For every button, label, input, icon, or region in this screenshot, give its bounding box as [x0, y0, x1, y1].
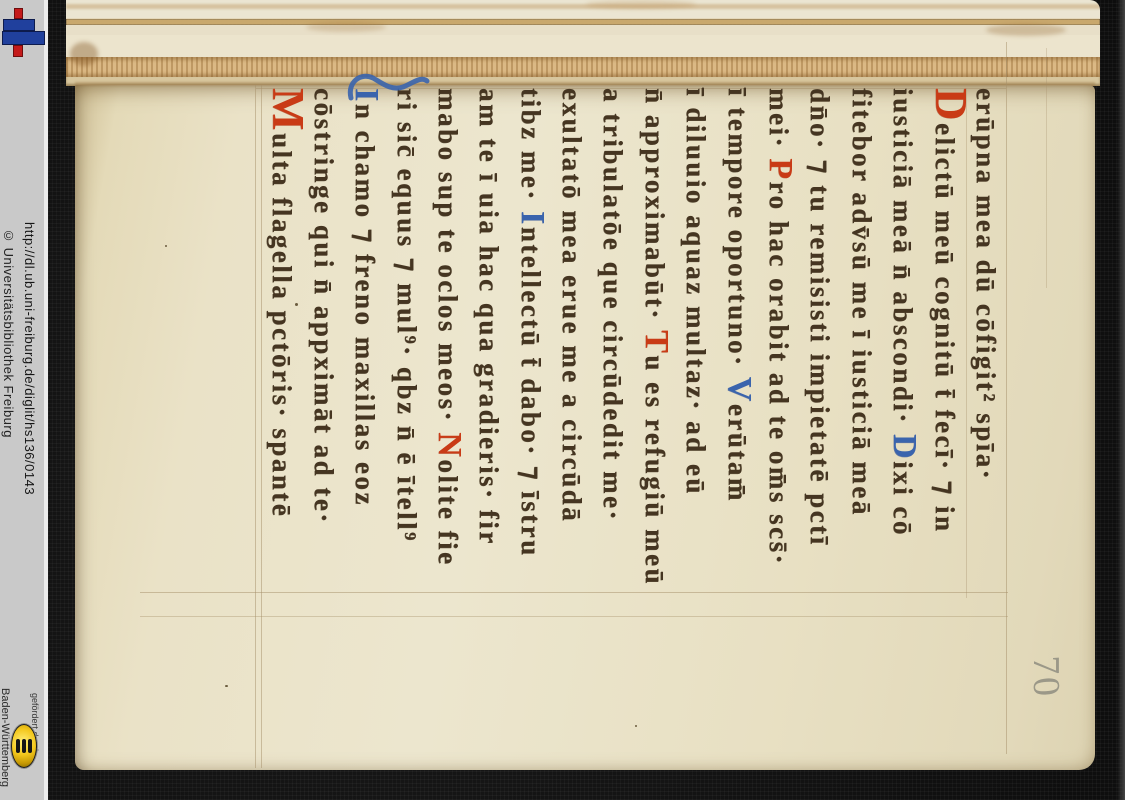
line-text: ī diluuio aquaz multaz· ad eū	[681, 88, 711, 496]
illuminated-initial: D	[886, 434, 923, 461]
text-block: erūpna mea dū cōfigit² spīa·Delictū meū …	[261, 88, 1006, 604]
source-sidebar: http://dl.ub.uni-freiburg.de/diglit/hs13…	[0, 0, 48, 800]
manuscript-line: erūpna mea dū cōfigit² spīa·	[965, 88, 1006, 604]
photo-right-edge	[1117, 0, 1125, 800]
line-text: erūtam̄	[723, 404, 753, 503]
manuscript-line: ī diluuio aquaz multaz· ad eū	[675, 88, 716, 604]
line-text: a tribulatōe que circūdedit me·	[598, 88, 628, 522]
manuscript-line: mabo sup te oclos meos· Nolite fie	[427, 88, 468, 604]
sidebar-edge	[44, 0, 48, 800]
manuscript-line: am te ī uia hac qua gradieris· fir	[468, 88, 509, 604]
manuscript-line: cōstringe qui n̄ appximāt ad te·	[302, 88, 343, 604]
emblem-lion	[22, 739, 26, 753]
manuscript-line: iusticiā meā n̄ abscondi· Dixi cō	[882, 88, 923, 604]
line-text: cōstringe qui n̄ appximāt ad te·	[309, 88, 339, 525]
initial-pen-flourish-icon	[345, 68, 431, 104]
diglit-viewer-screenshot: erūpna mea dū cōfigit² spīa·Delictū meū …	[0, 0, 1125, 800]
parchment-stain	[986, 24, 1066, 36]
parchment-speck	[225, 685, 228, 687]
parchment-stain	[70, 42, 98, 66]
parchment-speck	[165, 245, 167, 247]
parchment-speck	[635, 725, 637, 727]
page-stack-streak	[66, 4, 1100, 9]
line-text: exultatō mea erue me a circūdā	[557, 88, 587, 523]
manuscript-line: Delictū meū cognitū t̄ fecī· ⁊ in	[923, 88, 964, 604]
parchment-stain	[586, 0, 696, 9]
logo-red-square	[13, 45, 23, 57]
line-text: n̄ approximabūt·	[640, 88, 670, 330]
emblem-lion	[28, 739, 32, 753]
manuscript-line: exultatō mea erue me a circūdā	[551, 88, 592, 604]
manuscript-line: dn̄o· ⁊ tu remisisti impietatē pctī	[799, 88, 840, 604]
page-stack-band	[66, 25, 1100, 35]
logo-blue-bar	[2, 31, 45, 45]
source-url-text: http://dl.ub.uni-freiburg.de/diglit/hs13…	[22, 222, 37, 495]
emblem-lion	[16, 739, 20, 753]
illuminated-initial: P	[762, 158, 799, 181]
page-stack-band	[66, 0, 1100, 19]
manuscript-line: n̄ approximabūt· Tu es refugiū meū	[633, 88, 674, 604]
line-text: u es refugiū meū	[640, 355, 670, 586]
line-text: ro hac orabit ad te om̄s scs̄·	[764, 182, 794, 566]
gutter-fold-line	[75, 82, 1095, 86]
manuscript-line: ri sic̄ equus ⁊ mul⁹· qbz n̄ ē ītell⁹	[385, 88, 426, 604]
manuscript-line: ī tempore oportuno· Verūtam̄	[716, 88, 757, 604]
line-text: elictū meū cognitū t̄ fecī· ⁊ in	[930, 123, 960, 533]
page-stack-edges	[66, 0, 1100, 86]
illuminated-initial: T	[638, 330, 675, 355]
line-text: ī tempore oportuno·	[723, 88, 753, 377]
ruling-line-vertical	[1006, 42, 1007, 754]
line-text: ri sic̄ equus ⁊ mul⁹· qbz n̄ ē ītell⁹	[392, 88, 422, 543]
manuscript-line: fitebor adv̄sū me ī iusticiā meā	[840, 88, 881, 604]
line-text: ntellectū t̄ dabo· ⁊ īstru	[516, 227, 546, 558]
illuminated-initial: V	[721, 377, 758, 404]
manuscript-line: a tribulatōe que circūdedit me·	[592, 88, 633, 604]
ruling-line-vertical	[1046, 48, 1047, 288]
manuscript-line: Multa flagella pctōris· spantē	[261, 88, 302, 604]
baden-wuerttemberg-emblem-icon	[11, 724, 37, 768]
manuscript-line: tibz me· Intellectū t̄ dabo· ⁊ īstru	[509, 88, 550, 604]
line-text: mabo sup te oclos meos·	[433, 88, 463, 432]
line-text: ulta flagella pctōris· spantē	[267, 133, 297, 518]
line-text: fitebor adv̄sū me ī iusticiā meā	[847, 88, 877, 517]
manuscript-line: mei· Pro hac orabit ad te om̄s scs̄·	[758, 88, 799, 604]
ruling-line-vertical	[255, 85, 256, 768]
line-text: tibz me·	[516, 88, 546, 211]
funding-region-text: Baden-Württemberg	[0, 688, 11, 787]
illuminated-initial: I	[514, 211, 551, 227]
line-text: dn̄o· ⁊ tu remisisti impietatē pctī	[805, 88, 835, 547]
line-text: n chamo ⁊ freno maxillas eoz	[350, 104, 380, 507]
line-text: mei·	[764, 88, 794, 158]
illuminated-initial: D	[926, 88, 976, 123]
ub-freiburg-logo-icon	[0, 0, 48, 60]
copyright-text: © Universitätsbibliothek Freiburg	[1, 228, 16, 438]
line-text: am te ī uia hac qua gradieris· fir	[474, 88, 504, 546]
line-text: iusticiā meā n̄ abscondi·	[888, 88, 918, 434]
line-text: olite fie	[433, 459, 463, 566]
leaf-edges-band	[66, 57, 1100, 77]
folio-number: 70	[1024, 654, 1068, 699]
logo-blue-bar	[3, 19, 35, 31]
illuminated-initial: N	[431, 432, 468, 459]
parchment-stain	[306, 22, 386, 32]
line-text: ixi cō	[888, 461, 918, 537]
illuminated-initial: M	[263, 88, 313, 133]
logo-red-square	[14, 8, 23, 19]
line-text: erūpna mea dū cōfigit² spīa·	[971, 88, 1001, 481]
page-stack-band	[66, 35, 1100, 57]
manuscript-line: In chamo ⁊ freno maxillas eoz	[344, 88, 385, 604]
ruling-line-horizontal	[140, 616, 1008, 617]
